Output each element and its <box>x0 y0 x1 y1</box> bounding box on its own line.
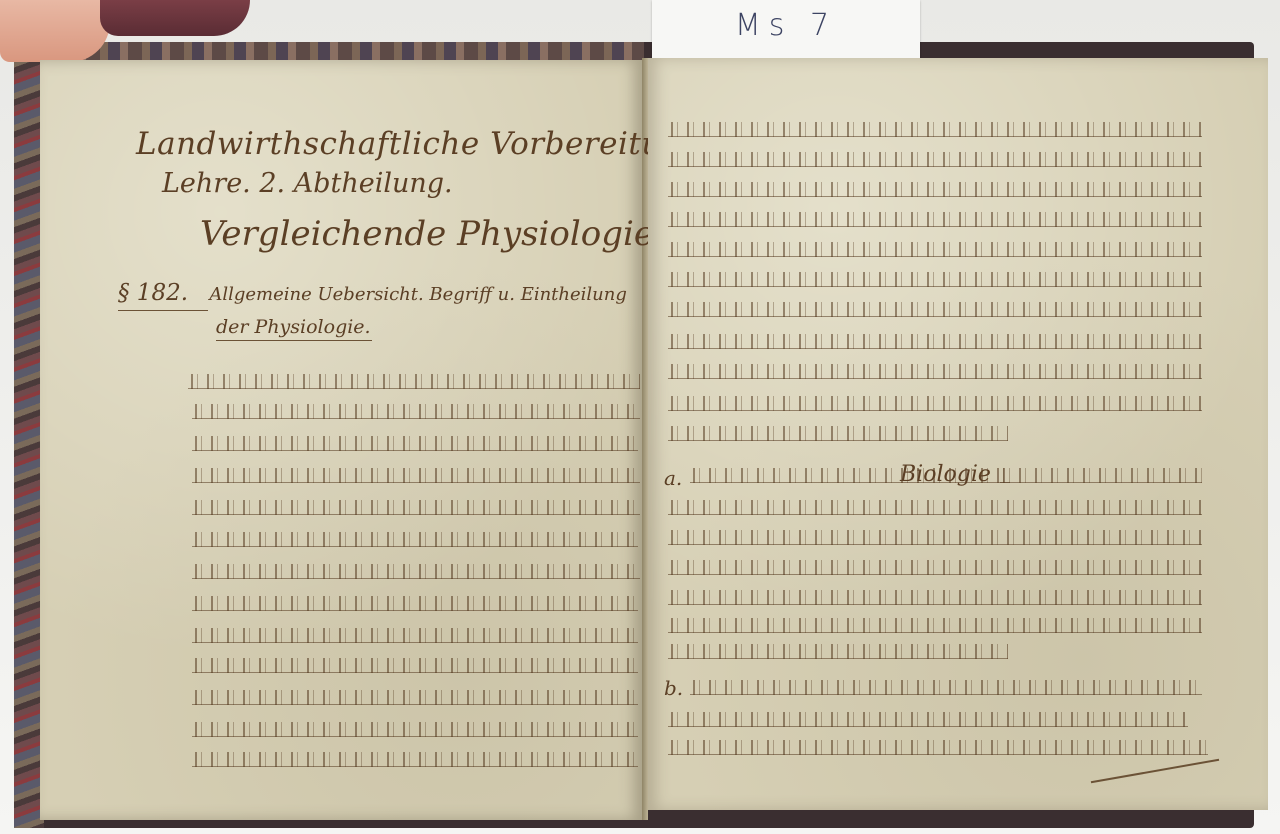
handwriting-line <box>668 530 1202 545</box>
title-line-2: Lehre. 2. Abtheilung. <box>162 168 453 199</box>
holding-finger <box>0 0 110 62</box>
handwriting-line <box>668 500 1202 515</box>
handwriting-line <box>668 590 1202 605</box>
handwriting-line <box>668 242 1202 257</box>
handwriting-line <box>192 500 640 515</box>
handwriting-line <box>668 212 1202 227</box>
handwriting-line <box>668 334 1202 349</box>
handwriting-line <box>668 618 1202 633</box>
handwriting-line <box>192 596 638 611</box>
handwriting-line <box>192 564 640 579</box>
handwriting-line <box>668 712 1188 727</box>
handwriting-line <box>192 690 638 705</box>
section-heading: § 182. Allgemeine Uebersicht. Begriff u.… <box>118 280 627 306</box>
handwriting-line <box>668 740 1208 755</box>
handwriting-line <box>188 374 640 389</box>
handwriting-line <box>668 152 1202 167</box>
section-heading-continued: der Physiologie. <box>216 316 371 338</box>
highlighted-word-biologie: Biologie <box>900 462 991 487</box>
handwriting-line <box>668 122 1202 137</box>
handwriting-line <box>668 364 1202 379</box>
handwriting-line <box>668 302 1202 317</box>
section-number: § 182. <box>118 280 188 306</box>
handwriting-line <box>192 436 638 451</box>
handwriting-line <box>192 722 638 737</box>
subheading-underline <box>216 340 372 341</box>
handwriting-line <box>192 532 638 547</box>
paragraph-b-label: b. <box>664 676 683 700</box>
title-line-1: Landwirthschaftliche Vorbereitungs- <box>136 126 730 162</box>
handwriting-line <box>1000 468 1202 483</box>
handwriting-line <box>192 658 638 673</box>
heading-underline <box>118 310 208 311</box>
handwriting-line <box>668 396 1202 411</box>
handwriting-line <box>668 644 1008 659</box>
handwriting-line <box>192 468 640 483</box>
marbled-cover-top <box>44 42 644 60</box>
title-line-3: Vergleichende Physiologie. <box>200 214 665 254</box>
handwriting-line <box>668 426 1008 441</box>
holding-finger-shadow <box>100 0 250 36</box>
handwriting-line <box>192 752 638 767</box>
shelfmark-slip: Ms 7 <box>652 0 920 60</box>
handwriting-line <box>668 182 1202 197</box>
handwriting-line <box>668 272 1202 287</box>
handwriting-line <box>690 680 1202 695</box>
paragraph-a-label: a. <box>664 466 682 490</box>
shelfmark-text: Ms 7 <box>652 8 920 43</box>
handwriting-line <box>192 404 640 419</box>
handwriting-line <box>192 628 638 643</box>
handwriting-line <box>668 560 1202 575</box>
section-heading-text: Allgemeine Uebersicht. Begriff u. Einthe… <box>209 284 627 305</box>
